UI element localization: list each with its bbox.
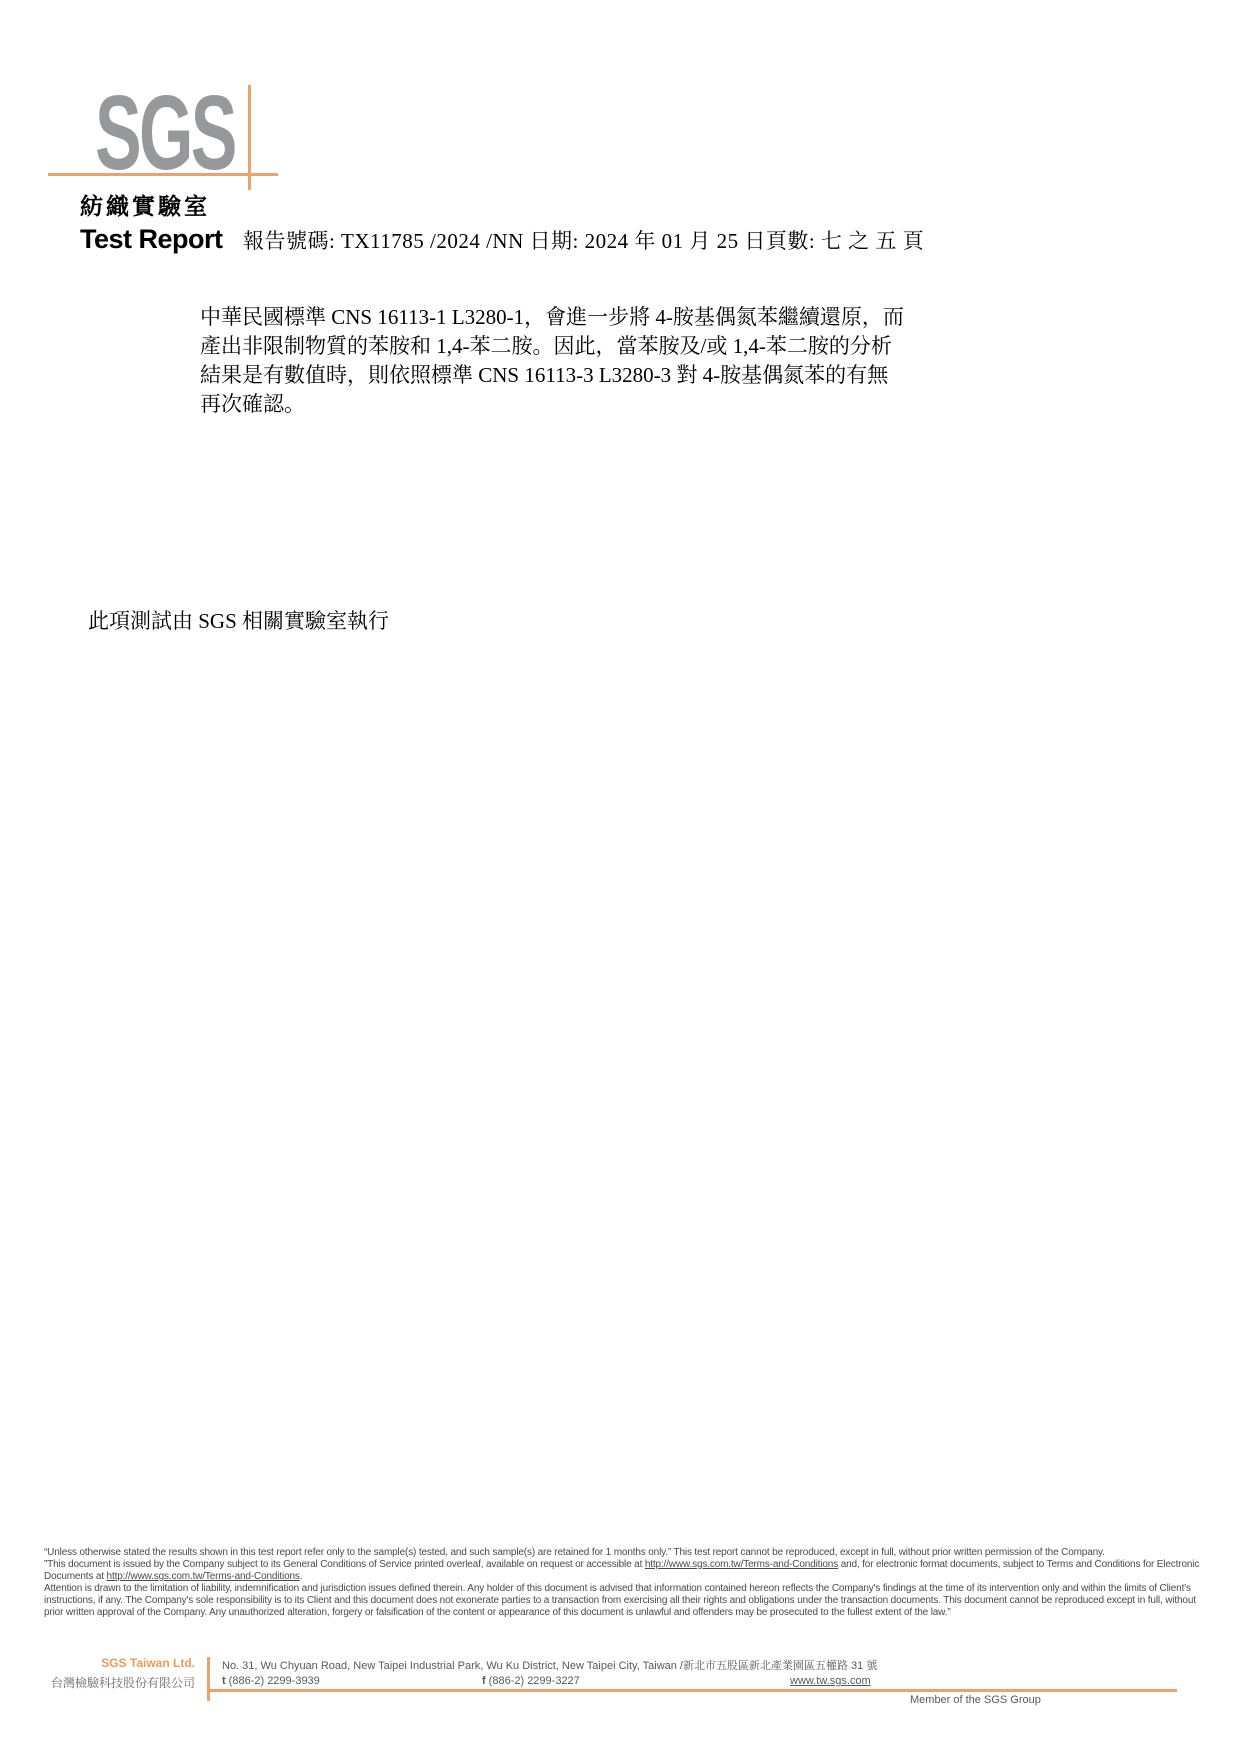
fax: f(886-2) 2299-3227 [482,1675,580,1687]
logo-underline [48,173,278,176]
telephone-label: t [222,1675,226,1687]
member-note: Member of the SGS Group [910,1694,1041,1706]
disclaimer-text: . [300,1571,303,1582]
website-link[interactable]: www.tw.sgs.com [790,1675,871,1687]
fax-label: f [482,1675,486,1687]
disclaimer-paragraph-1: “Unless otherwise stated the results sho… [44,1547,1209,1559]
company-block: SGS Taiwan Ltd. 台灣檢驗科技股份有限公司 [40,1656,195,1691]
telephone-number: (886-2) 2299-3939 [229,1675,320,1687]
fax-number: (886-2) 2299-3227 [489,1675,580,1687]
terms-and-conditions-link[interactable]: http://www.sgs.com.tw/Terms-and-Conditio… [107,1571,300,1582]
report-header: Test Report 報告號碼: TX11785 /2024 /NN 日期: … [80,224,924,255]
company-name-en: SGS Taiwan Ltd. [40,1656,195,1670]
company-address: No. 31, Wu Chyuan Road, New Taipei Indus… [222,1657,1182,1673]
paragraph-line: 產出非限制物質的苯胺和 1,4-苯二胺。因此，當苯胺及/或 1,4-苯二胺的分析 [200,332,990,361]
paragraph-line: 再次確認。 [200,390,990,419]
lab-note: 此項測試由 SGS 相關實驗室執行 [88,605,389,635]
disclaimer-paragraph-3: Attention is drawn to the limitation of … [44,1583,1209,1619]
lab-name: 紡織實驗室 [80,188,210,221]
paragraph-line: 中華民國標準 CNS 16113-1 L3280-1，會進一步將 4-胺基偶氮苯… [200,303,990,332]
company-name-zh: 台灣檢驗科技股份有限公司 [40,1674,195,1691]
footer-rule [207,1689,1177,1692]
test-report-page: SGS 紡織實驗室 Test Report 報告號碼: TX11785 /202… [0,0,1240,1755]
logo-crossline [248,85,251,190]
body-paragraph: 中華民國標準 CNS 16113-1 L3280-1，會進一步將 4-胺基偶氮苯… [200,303,990,419]
disclaimer-paragraph-2: ”This document is issued by the Company … [44,1559,1209,1583]
paragraph-line: 結果是有數值時，則依照標準 CNS 16113-3 L3280-3 對 4-胺基… [200,361,990,390]
disclaimer-text: ”This document is issued by the Company … [44,1559,645,1570]
footer-divider [207,1657,210,1701]
report-meta: 報告號碼: TX11785 /2024 /NN 日期: 2024 年 01 月 … [243,229,924,253]
terms-and-conditions-link[interactable]: http://www.sgs.com.tw/Terms-and-Conditio… [645,1559,838,1570]
telephone: t(886-2) 2299-3939 [222,1675,320,1687]
sgs-logo-text: SGS [95,80,235,186]
disclaimer: “Unless otherwise stated the results sho… [44,1547,1209,1619]
report-title: Test Report [80,224,223,254]
